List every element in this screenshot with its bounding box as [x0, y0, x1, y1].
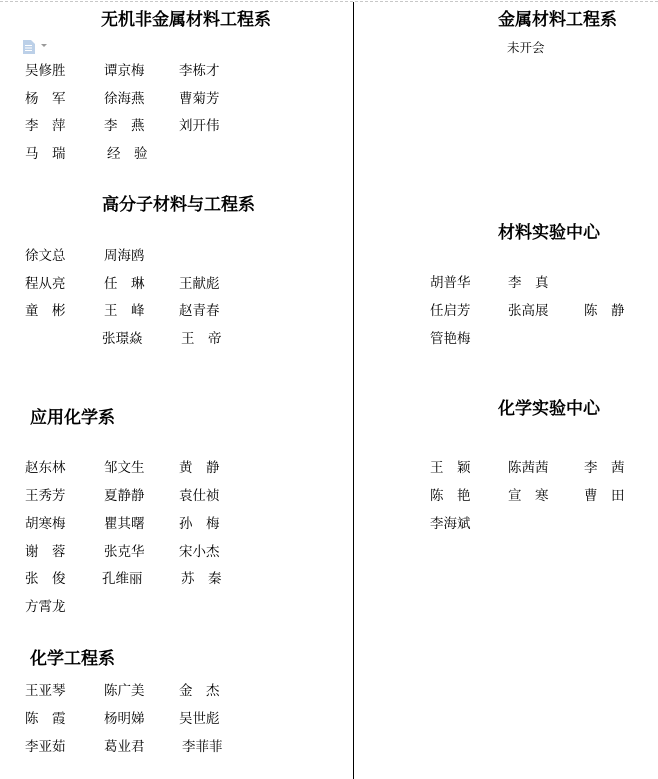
person-name: 李海斌	[430, 516, 471, 532]
person-name: 曹菊芳	[179, 91, 220, 107]
person-name: 任 琳	[104, 276, 145, 292]
person-name: 李亚茹	[25, 739, 66, 755]
person-name: 邹文生	[104, 460, 145, 476]
person-name: 程从亮	[25, 276, 66, 292]
person-name: 陈 霞	[25, 711, 66, 727]
person-name: 李 茜	[584, 460, 625, 476]
person-name: 杨 军	[25, 91, 66, 107]
person-name: 葛业君	[104, 739, 145, 755]
person-name: 李栋才	[179, 63, 220, 79]
paste-options-dropdown-icon[interactable]	[41, 44, 47, 47]
person-name: 管艳梅	[430, 331, 471, 347]
person-name: 方霄龙	[25, 599, 66, 615]
person-name: 孙 梅	[179, 516, 220, 532]
person-name: 刘开伟	[179, 118, 220, 134]
section-title: 化学实验中心	[498, 399, 600, 419]
page-top-boundary	[0, 1, 658, 2]
person-name: 赵青春	[179, 303, 220, 319]
person-name: 王亚琴	[25, 683, 66, 699]
person-name: 曹 田	[584, 488, 625, 504]
person-name: 任启芳	[430, 303, 471, 319]
person-name: 陈广美	[104, 683, 145, 699]
person-name: 童 彬	[25, 303, 66, 319]
person-name: 王秀芳	[25, 488, 66, 504]
person-name: 李菲菲	[182, 739, 223, 755]
person-name: 孔维丽	[102, 571, 143, 587]
person-name: 王 帝	[181, 331, 222, 347]
person-name: 张克华	[104, 544, 145, 560]
paste-options-icon[interactable]	[23, 39, 35, 53]
person-name: 宋小杰	[179, 544, 220, 560]
person-name: 赵东林	[25, 460, 66, 476]
person-name: 李 燕	[104, 118, 145, 134]
person-name: 王 峰	[104, 303, 145, 319]
person-name: 张高展	[508, 303, 549, 319]
column-divider	[353, 2, 354, 779]
section-title: 化学工程系	[30, 649, 115, 669]
person-name: 张璟焱	[102, 331, 143, 347]
person-name: 金 杰	[179, 683, 220, 699]
section-title: 高分子材料与工程系	[102, 195, 255, 215]
person-name: 陈 静	[584, 303, 625, 319]
person-name: 经 验	[107, 146, 148, 162]
person-name: 杨明娣	[104, 711, 145, 727]
person-name: 李 萍	[25, 118, 66, 134]
person-name: 胡普华	[430, 275, 471, 291]
status-note: 未开会	[507, 40, 545, 56]
person-name: 王献彪	[179, 276, 220, 292]
person-name: 谢 蓉	[25, 544, 66, 560]
person-name: 瞿其曙	[104, 516, 145, 532]
person-name: 王 颖	[430, 460, 471, 476]
person-name: 徐海燕	[104, 91, 145, 107]
person-name: 马 瑞	[25, 146, 66, 162]
section-title: 应用化学系	[30, 408, 115, 428]
section-title: 材料实验中心	[498, 223, 600, 243]
person-name: 胡寒梅	[25, 516, 66, 532]
person-name: 苏 秦	[181, 571, 222, 587]
person-name: 周海鸥	[104, 248, 145, 264]
person-name: 徐文总	[25, 248, 66, 264]
person-name: 袁仕祯	[179, 488, 220, 504]
person-name: 陈茜茜	[508, 460, 549, 476]
person-name: 吴世彪	[179, 711, 220, 727]
person-name: 黄 静	[179, 460, 220, 476]
person-name: 张 俊	[25, 571, 66, 587]
section-title: 金属材料工程系	[498, 10, 617, 30]
person-name: 宣 寒	[508, 488, 549, 504]
person-name: 陈 艳	[430, 488, 471, 504]
section-title: 无机非金属材料工程系	[101, 10, 271, 30]
person-name: 谭京梅	[104, 63, 145, 79]
person-name: 李 真	[508, 275, 549, 291]
person-name: 夏静静	[104, 488, 145, 504]
person-name: 吴修胜	[25, 63, 66, 79]
